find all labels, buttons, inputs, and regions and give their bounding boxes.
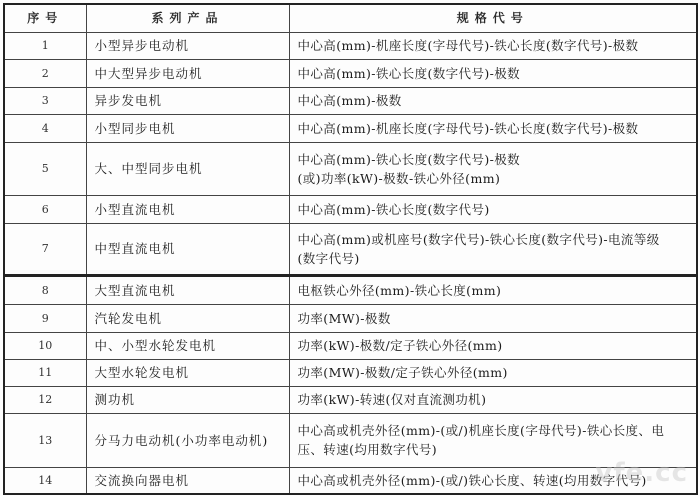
row-product: 大型直流电机	[86, 276, 289, 304]
row-number: 14	[4, 467, 86, 494]
code-line: 功率(kW)-极数/定子铁心外径(mm)	[298, 336, 689, 355]
row-code: 中心高(mm)-铁心长度(数字代号)-极数 (或)功率(kW)-极数-铁心外径(…	[289, 142, 697, 195]
header-number: 序号	[4, 4, 86, 32]
row-product: 交流换向器电机	[86, 467, 289, 494]
row-product: 中大型异步电动机	[86, 59, 289, 87]
row-product: 小型直流电机	[86, 195, 289, 223]
row-code: 中心高(mm)-铁心长度(数字代号)	[289, 195, 697, 223]
code-line: 中心高(mm)-铁心长度(数字代号)-极数	[298, 64, 689, 83]
table-row: 6 小型直流电机 中心高(mm)-铁心长度(数字代号)	[4, 195, 697, 223]
table-row: 5 大、中型同步电机 中心高(mm)-铁心长度(数字代号)-极数 (或)功率(k…	[4, 142, 697, 195]
row-product: 大型水轮发电机	[86, 359, 289, 386]
table-row: 9 汽轮发电机 功率(MW)-极数	[4, 304, 697, 332]
row-product: 中、小型水轮发电机	[86, 332, 289, 359]
spec-table-part-2: 8 大型直流电机 电枢铁心外径(mm)-铁心长度(mm) 9 汽轮发电机 功率(…	[3, 275, 698, 495]
code-line: 中心高(mm)-机座长度(字母代号)-铁心长度(数字代号)-极数	[298, 119, 689, 138]
row-code: 中心高(mm)-铁心长度(数字代号)-极数	[289, 59, 697, 87]
row-product: 汽轮发电机	[86, 304, 289, 332]
header-product: 系列产品	[86, 4, 289, 32]
table-row: 10 中、小型水轮发电机 功率(kW)-极数/定子铁心外径(mm)	[4, 332, 697, 359]
code-line: 中心高(mm)-铁心长度(数字代号)-极数	[298, 150, 689, 169]
table-row: 13 分马力电动机(小功率电动机) 中心高或机壳外径(mm)-(或/)机座长度(…	[4, 413, 697, 467]
row-code: 中心高(mm)-机座长度(字母代号)-铁心长度(数字代号)-极数	[289, 114, 697, 142]
row-number: 10	[4, 332, 86, 359]
code-line: 功率(MW)-极数/定子铁心外径(mm)	[298, 363, 689, 382]
row-product: 分马力电动机(小功率电动机)	[86, 413, 289, 467]
table-row: 14 交流换向器电机 中心高或机壳外径(mm)-(或/)铁心长度、转速(均用数字…	[4, 467, 697, 494]
code-line: 压、转速(均用数字代号)	[298, 440, 689, 459]
row-number: 9	[4, 304, 86, 332]
row-number: 4	[4, 114, 86, 142]
row-code: 中心高或机壳外径(mm)-(或/)机座长度(字母代号)-铁心长度、电 压、转速(…	[289, 413, 697, 467]
row-code: 电枢铁心外径(mm)-铁心长度(mm)	[289, 276, 697, 304]
table-row: 3 异步发电机 中心高(mm)-极数	[4, 87, 697, 114]
table-row: 2 中大型异步电动机 中心高(mm)-铁心长度(数字代号)-极数	[4, 59, 697, 87]
row-code: 功率(kW)-转速(仅对直流测功机)	[289, 386, 697, 413]
row-number: 12	[4, 386, 86, 413]
row-code: 功率(MW)-极数	[289, 304, 697, 332]
row-product: 中型直流电机	[86, 223, 289, 275]
row-product: 大、中型同步电机	[86, 142, 289, 195]
row-code: 中心高(mm)-极数	[289, 87, 697, 114]
table-row: 12 测功机 功率(kW)-转速(仅对直流测功机)	[4, 386, 697, 413]
row-code: 中心高或机壳外径(mm)-(或/)铁心长度、转速(均用数字代号)	[289, 467, 697, 494]
document-page: 序号 系列产品 规格代号 1 小型异步电动机 中心高(mm)-机座长度(字母代号…	[0, 0, 700, 496]
table-row: 8 大型直流电机 电枢铁心外径(mm)-铁心长度(mm)	[4, 276, 697, 304]
row-number: 5	[4, 142, 86, 195]
table-row: 7 中型直流电机 中心高(mm)或机座号(数字代号)-铁心长度(数字代号)-电流…	[4, 223, 697, 275]
code-line: 中心高(mm)或机座号(数字代号)-铁心长度(数字代号)-电流等级	[298, 230, 689, 249]
spec-table-part-1: 序号 系列产品 规格代号 1 小型异步电动机 中心高(mm)-机座长度(字母代号…	[3, 3, 698, 276]
table-row: 4 小型同步电机 中心高(mm)-机座长度(字母代号)-铁心长度(数字代号)-极…	[4, 114, 697, 142]
code-line: 电枢铁心外径(mm)-铁心长度(mm)	[298, 281, 689, 300]
code-line: 中心高或机壳外径(mm)-(或/)铁心长度、转速(均用数字代号)	[298, 471, 689, 490]
row-product: 小型异步电动机	[86, 32, 289, 59]
row-code: 中心高(mm)或机座号(数字代号)-铁心长度(数字代号)-电流等级 (数字代号)	[289, 223, 697, 275]
code-line: 中心高(mm)-极数	[298, 91, 689, 110]
row-product: 测功机	[86, 386, 289, 413]
row-number: 2	[4, 59, 86, 87]
code-line: 中心高(mm)-铁心长度(数字代号)	[298, 200, 689, 219]
code-line: 功率(MW)-极数	[298, 309, 689, 328]
row-code: 功率(MW)-极数/定子铁心外径(mm)	[289, 359, 697, 386]
code-line: 功率(kW)-转速(仅对直流测功机)	[298, 390, 689, 409]
code-line: (数字代号)	[298, 249, 689, 268]
header-row: 序号 系列产品 规格代号	[4, 4, 697, 32]
row-product: 小型同步电机	[86, 114, 289, 142]
code-line: 中心高或机壳外径(mm)-(或/)机座长度(字母代号)-铁心长度、电	[298, 421, 689, 440]
table-row: 11 大型水轮发电机 功率(MW)-极数/定子铁心外径(mm)	[4, 359, 697, 386]
row-number: 3	[4, 87, 86, 114]
row-number: 11	[4, 359, 86, 386]
row-code: 功率(kW)-极数/定子铁心外径(mm)	[289, 332, 697, 359]
row-number: 7	[4, 223, 86, 275]
row-number: 1	[4, 32, 86, 59]
code-line: 中心高(mm)-机座长度(字母代号)-铁心长度(数字代号)-极数	[298, 36, 689, 55]
header-code: 规格代号	[289, 4, 697, 32]
row-number: 13	[4, 413, 86, 467]
code-line: (或)功率(kW)-极数-铁心外径(mm)	[298, 169, 689, 188]
row-product: 异步发电机	[86, 87, 289, 114]
table-row: 1 小型异步电动机 中心高(mm)-机座长度(字母代号)-铁心长度(数字代号)-…	[4, 32, 697, 59]
row-number: 8	[4, 276, 86, 304]
row-code: 中心高(mm)-机座长度(字母代号)-铁心长度(数字代号)-极数	[289, 32, 697, 59]
row-number: 6	[4, 195, 86, 223]
